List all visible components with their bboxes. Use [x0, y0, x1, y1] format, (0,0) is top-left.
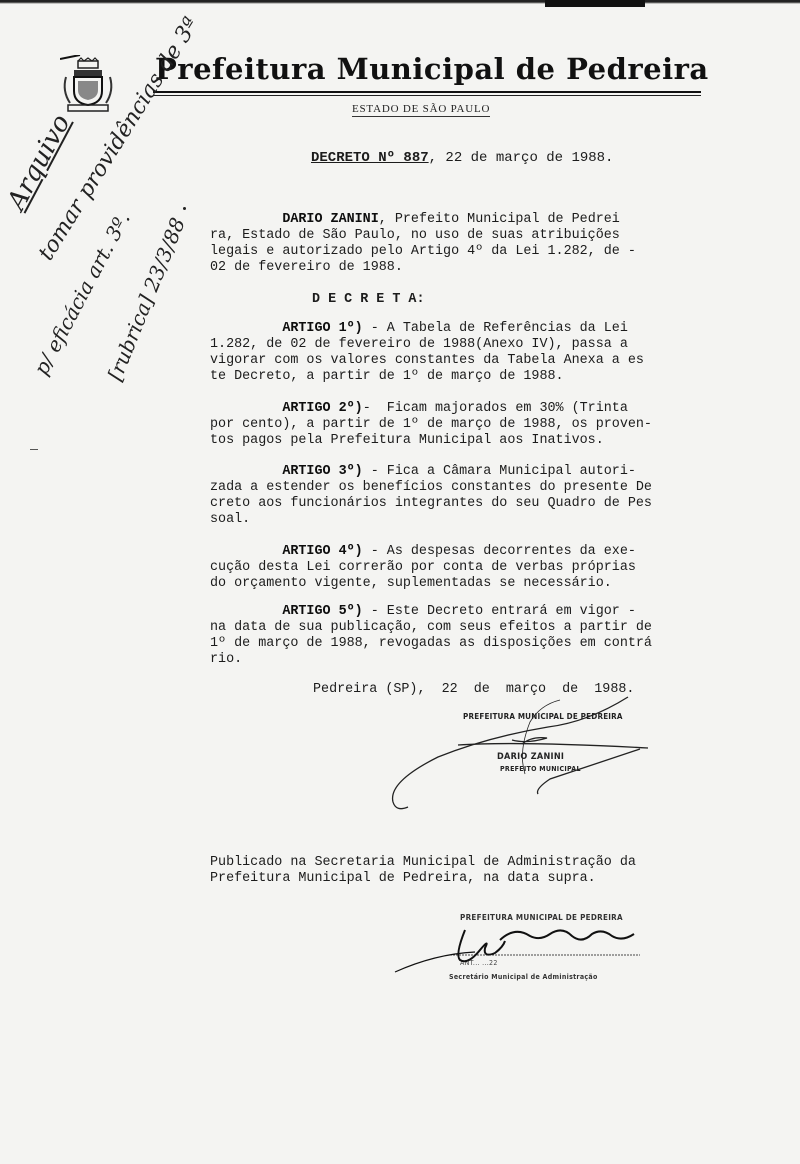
- page-top-edge: [0, 0, 800, 6]
- decree-number: DECRETO Nº 887: [311, 150, 429, 166]
- municipal-coat-of-arms-icon: [60, 55, 116, 113]
- mayor-stamp: PREFEITURA MUNICIPAL DE PEDREIRA: [463, 712, 623, 721]
- ink-dot: [183, 207, 186, 210]
- secretary-printed-name: ANT... ...22: [460, 959, 498, 967]
- article-label: ARTIGO 4º): [282, 544, 362, 559]
- letterhead-title: Prefeitura Municipal de Pedreira: [155, 52, 709, 86]
- margin-tick-mark: [30, 449, 38, 450]
- mayor-name: DARIO ZANINI: [282, 212, 378, 227]
- letterhead-rule: [153, 91, 701, 96]
- mayor-printed-name: DARIO ZANINI: [497, 752, 564, 762]
- secretary-printed-role: Secretário Municipal de Administração: [449, 973, 598, 981]
- article-label: ARTIGO 2º): [282, 401, 362, 416]
- preamble-line-3: legais e autorizado pelo Artigo 4º da Le…: [210, 244, 740, 260]
- preamble-line-2: ra, Estado de São Paulo, no uso de suas …: [210, 228, 740, 244]
- decreta-heading: D E C R E T A:: [312, 292, 800, 308]
- article-label: ARTIGO 5º): [282, 604, 362, 619]
- secretary-signature: [395, 930, 640, 972]
- publication-line-2: Prefeitura Municipal de Pedreira, na dat…: [210, 871, 740, 887]
- preamble-line-1: DARIO ZANINI, Prefeito Municipal de Pedr…: [210, 212, 740, 228]
- page-top-edge-mark: [545, 0, 645, 7]
- decree-date: , 22 de março de 1988.: [429, 150, 614, 166]
- decree-heading: DECRETO Nº 887, 22 de março de 1988.: [311, 150, 800, 166]
- place-and-date: Pedreira (SP), 22 de março de 1988.: [313, 682, 800, 698]
- letterhead-state: ESTADO DE SÃO PAULO: [352, 103, 490, 117]
- mayor-printed-role: PREFEITO MUNICIPAL: [500, 765, 581, 773]
- article-label: ARTIGO 3º): [282, 464, 362, 479]
- article-label: ARTIGO 1º): [282, 321, 362, 336]
- preamble-line-4: 02 de fevereiro de 1988.: [210, 260, 740, 276]
- publication-line-1: Publicado na Secretaria Municipal de Adm…: [210, 855, 740, 871]
- secretary-stamp: PREFEITURA MUNICIPAL DE PEDREIRA: [460, 913, 623, 922]
